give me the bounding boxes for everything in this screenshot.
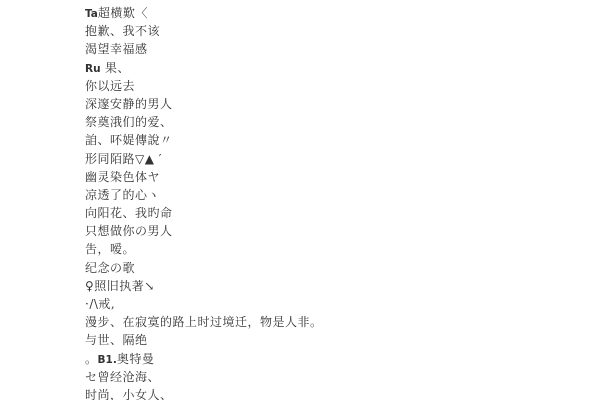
- text-line: 深邃安静的男人: [85, 95, 565, 113]
- text-segment: 果、: [101, 61, 130, 75]
- text-line: 时尚，小女人、: [85, 386, 565, 400]
- text-line: 你以远去: [85, 77, 565, 95]
- text-line: 幽灵染色体ヤ: [85, 168, 565, 186]
- text-line: 。B1.奥特曼: [85, 350, 565, 368]
- text-segment: 你以远去: [85, 79, 135, 93]
- text-segment: 向阳花、我旳命: [85, 206, 173, 220]
- text-line: 漫步、在寂寞的路上时过境迁，物是人非。: [85, 313, 565, 331]
- text-line: 吿，嗳。: [85, 240, 565, 258]
- text-segment: 超横歎〈: [98, 6, 148, 20]
- text-segment: ·/\戒,: [85, 297, 115, 311]
- text-line: 形同陌路▽▲ ′: [85, 150, 565, 168]
- text-segment: 詯、吥媞傳說〃: [85, 133, 173, 147]
- text-segment: 渴望幸福感: [85, 42, 148, 56]
- page-background: Ta超横歎〈抱歉、我不该渴望幸福感Ru 果、你以远去深邃安静的男人祭奠涐们的爱、…: [0, 0, 600, 400]
- text-line: セ曾经沧海、: [85, 368, 565, 386]
- text-line: 凉透了的心ヽ: [85, 186, 565, 204]
- text-line: 与世、隔绝: [85, 331, 565, 349]
- text-line: ·/\戒,: [85, 295, 565, 313]
- text-segment: 。: [85, 352, 98, 366]
- text-line: ♀照旧执著↘: [85, 277, 565, 295]
- text-segment: 幽灵染色体ヤ: [85, 170, 160, 184]
- text-segment: 与世、隔绝: [85, 333, 148, 347]
- text-segment: セ曾经沧海、: [85, 370, 160, 384]
- text-segment: 吿，嗳。: [85, 242, 135, 256]
- text-segment: 纪念の歌: [85, 261, 135, 275]
- text-line: 詯、吥媞傳說〃: [85, 131, 565, 149]
- text-line: 渴望幸福感: [85, 40, 565, 58]
- text-segment: 抱歉、我不该: [85, 24, 160, 38]
- text-line: 纪念の歌: [85, 259, 565, 277]
- text-line: 只想做你の男人: [85, 222, 565, 240]
- text-line: Ta超横歎〈: [85, 4, 565, 22]
- text-line: 祭奠涐们的爱、: [85, 113, 565, 131]
- text-line: 抱歉、我不该: [85, 22, 565, 40]
- text-segment-bold-latin: B1.: [98, 354, 117, 366]
- text-segment: ♀照旧执著↘: [85, 279, 155, 293]
- text-segment: 形同陌路▽▲ ′: [85, 152, 162, 166]
- text-segment: 凉透了的心ヽ: [85, 188, 160, 202]
- nickname-list: Ta超横歎〈抱歉、我不该渴望幸福感Ru 果、你以远去深邃安静的男人祭奠涐们的爱、…: [85, 4, 565, 400]
- text-segment: 只想做你の男人: [85, 224, 173, 238]
- text-line: 向阳花、我旳命: [85, 204, 565, 222]
- text-segment-bold-latin: Ta: [85, 8, 98, 20]
- text-line: Ru 果、: [85, 59, 565, 77]
- text-segment: 深邃安静的男人: [85, 97, 173, 111]
- text-segment: 时尚，小女人、: [85, 388, 173, 400]
- text-segment: 祭奠涐们的爱、: [85, 115, 173, 129]
- text-segment: 漫步、在寂寞的路上时过境迁，物是人非。: [85, 315, 323, 329]
- text-segment-bold-latin: Ru: [85, 63, 101, 75]
- text-segment: 奥特曼: [117, 352, 155, 366]
